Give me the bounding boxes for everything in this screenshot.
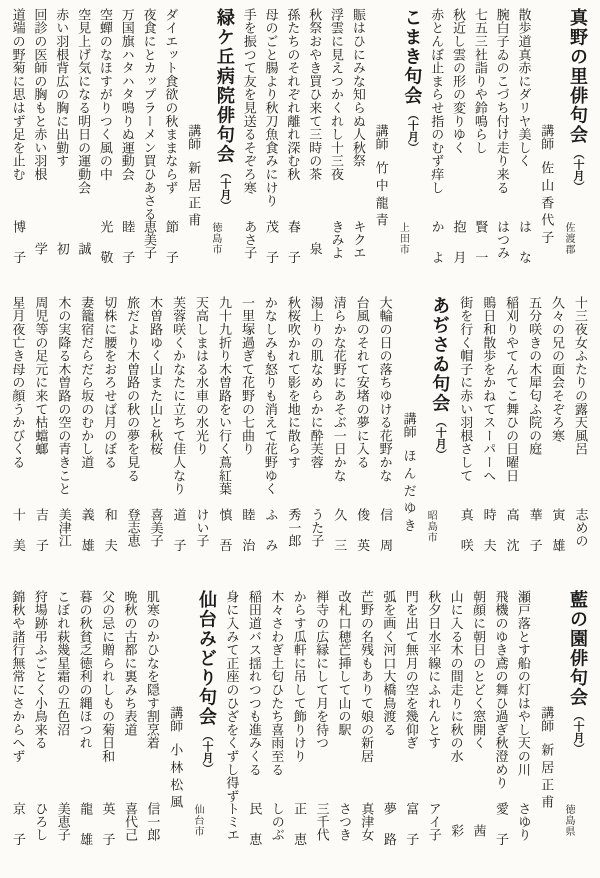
poem-column: 秋桜吹かれて影を地に散らす秀一郎 — [286, 296, 301, 574]
poem-author: 龍雄 — [78, 802, 92, 863]
poem-text: 秋祭おやき買ひ来て三時の茶 — [307, 8, 322, 282]
poem-author: 茂子 — [264, 220, 278, 281]
poem-column: 稲刈りやてんてこ舞ひの日曜日高沈 — [504, 296, 519, 574]
poem-author: 愛子 — [494, 802, 508, 863]
poem-column: 晩秋の古都に裏みち表道喜代己 — [122, 590, 137, 872]
poem-column: こぼれ萩幾星霜の五色沼美恵子 — [55, 590, 70, 872]
poem-column: 門を出て無月の空を幾仰ぎ富子 — [403, 590, 418, 872]
poem-text: 赤い羽根背広の胸に出勤す — [54, 8, 69, 282]
poem-column: 手を振つて友を見送るそぞろ寒あさ子 — [241, 8, 256, 282]
poem-column: 瀬戸落とす船の灯はやし天の川さゆり — [516, 590, 531, 872]
poem-author: ふみ — [263, 508, 277, 569]
section-header: 仙台みどり句会（十月）講師小林松風仙台市 — [167, 590, 217, 872]
poem-author: ひろし — [33, 802, 47, 841]
city-label: 昭島市 — [425, 510, 436, 543]
lecturer-name: 佐山香代子 — [539, 161, 554, 248]
poem-author: かよ — [429, 220, 443, 281]
poem-column: 錦秋や諸行無常にさからへず京子 — [10, 590, 25, 872]
poem-column: 九十九折り木曽路をい行く蔦紅葉慎吾 — [217, 296, 232, 574]
poem-author: 睦治 — [240, 508, 254, 569]
lecturer-name: 新居正甫 — [186, 161, 201, 231]
poem-author: さゆり — [516, 802, 530, 841]
poem-text: 回診の医師の胸もと赤い羽根 — [32, 8, 47, 282]
poem-author: 夢路 — [382, 802, 396, 863]
lecturer-label: 講師 — [186, 124, 201, 150]
poem-column: 空見上げ気になる明日の運動会誠 — [76, 8, 91, 282]
poem-column: 稲田道バス揺れつつも進みくる民恵 — [247, 590, 262, 872]
poem-column: 久々の兄の面会そぞろ寒寅雄 — [550, 296, 565, 574]
page: 真野の里俳句会（十月）講師佐山香代子佐渡郡 散歩道真赤にダリヤ美しくはな 腕白子… — [0, 0, 600, 878]
poem-column: 狩場跡弔ふごとく小鳥来るひろし — [32, 590, 47, 872]
poem-author: 賢一 — [473, 220, 487, 281]
poem-author: うた子 — [309, 508, 323, 547]
poem-text: 空見上げ気になる明日の運動会 — [76, 8, 91, 282]
poem-column: 秋近し雲の形の変りゆく抱月 — [451, 8, 466, 282]
poem-column: 夜食にとカップラーメン買ひあさる恵美子 — [141, 8, 156, 282]
poem-column: 肌寒のかひなを隠す割烹着信一郎 — [145, 590, 160, 872]
poem-author: 富子 — [404, 802, 418, 863]
poem-column: 散歩道真赤にダリヤ美しくはな — [516, 8, 531, 282]
city-label: 佐渡郡 — [563, 222, 574, 255]
poem-author: 睦子 — [120, 220, 134, 281]
poem-author: 博子 — [11, 220, 25, 281]
band-bottom: 藍の園俳句会（十月）講師新居正甫徳島県 瀬戸落とす船の灯はやし天の川さゆり 飛機… — [10, 590, 588, 872]
section-date: （十月） — [434, 416, 446, 460]
poem-column: 赤い羽根背広の胸に出勤す初 — [54, 8, 69, 282]
poem-author: 茜 — [471, 824, 485, 837]
lecturer-label: 講師 — [168, 706, 183, 732]
poem-column: 秋夕日水平線にふれんとすアイ子 — [426, 590, 441, 872]
poem-author: 抱月 — [451, 220, 465, 281]
section-date: （十月） — [406, 109, 418, 153]
poem-column: 星月夜亡き母の顔うかびくる十美 — [10, 296, 25, 574]
poem-column: 清らかな花野にあそぶ一日かな久三 — [331, 296, 346, 574]
poem-author: 真咲 — [458, 508, 472, 569]
poem-author: 美恵子 — [55, 802, 69, 841]
poem-column: 禅寺の広縁にして月を待つ三千代 — [314, 590, 329, 872]
poem-column: ダイエット食欲の秋ままならず節子 — [163, 8, 178, 282]
lecturer-name: 竹中龍青 — [374, 161, 389, 231]
poem-author: 喜代己 — [123, 802, 137, 841]
poem-column: 木の実降る木曽路の空の青きこと美津江 — [56, 296, 71, 574]
poem-column: 台風のそれて安堵の夢に入る俊英 — [354, 296, 369, 574]
poem-author: 真津女 — [359, 802, 373, 841]
section-header: 真野の里俳句会（十月）講師佐山香代子佐渡郡 — [538, 8, 588, 282]
poem-author: けい子 — [194, 508, 208, 547]
poem-author: 喜美子 — [148, 508, 162, 547]
poem-author: きみよ — [329, 220, 343, 259]
poem-author: 時夫 — [481, 508, 495, 569]
poem-author: あさ子 — [242, 220, 256, 259]
lecturer-label: 講師 — [374, 124, 389, 150]
poem-author: トミエ — [225, 802, 239, 841]
poem-column: 街を行く帽子に赤い羽根さして真咲 — [458, 296, 473, 574]
poem-column: 回診の医師の胸もと赤い羽根学 — [32, 8, 47, 282]
lecturer-label: 講師 — [402, 412, 417, 438]
lecturer: 講師新居正甫 — [186, 124, 200, 231]
poem-author: はな — [517, 220, 531, 281]
city-label: 上田市 — [397, 222, 408, 255]
poem-column: 五分咲きの木犀匂ふ院の庭華子 — [527, 296, 542, 574]
poem-author: 吉子 — [34, 508, 48, 569]
poem-author: 美津江 — [56, 508, 70, 547]
poem-author: 登志恵 — [125, 508, 139, 547]
city-label: 徳島市 — [209, 222, 220, 255]
poem-author: 秀一郎 — [286, 508, 300, 547]
poem-author: 信一郎 — [145, 802, 159, 841]
poem-author: 華子 — [527, 508, 541, 569]
poem-author: 英子 — [100, 802, 114, 863]
poem-author: 民恵 — [247, 802, 261, 863]
section-title-text: 藍の園俳句会 — [568, 590, 588, 707]
poem-column: 七五三社詣りや鈴鳴らし賢一 — [473, 8, 488, 282]
poem-author: 俊英 — [355, 508, 369, 569]
poem-author: 道子 — [171, 508, 185, 569]
lecturer: 講師竹中龍青 — [373, 124, 387, 231]
poem-author: 志めの — [573, 508, 587, 547]
poem-column: 周児等の足元に来て枯蟷螂吉子 — [33, 296, 48, 574]
poem-author: 和夫 — [102, 508, 116, 569]
poem-column: 飛機のゆき鳶の舞ひ過ぎ秋澄めり愛子 — [493, 590, 508, 872]
poem-column: 天高しまはる水車の水光りけい子 — [194, 296, 209, 574]
lecturer-label: 講師 — [539, 706, 554, 732]
poem-column: 朝顔に朝日のとどく窓開く茜 — [471, 590, 486, 872]
poem-author: 信周 — [378, 508, 392, 569]
poem-column: 身に入みて正座のひざをくずし得ずトミエ — [224, 590, 239, 872]
poem-author: 義雄 — [79, 508, 93, 569]
poem-column: からす瓜軒に吊して飾りけり正恵 — [291, 590, 306, 872]
band-top: 真野の里俳句会（十月）講師佐山香代子佐渡郡 散歩道真赤にダリヤ美しくはな 腕白子… — [10, 8, 588, 282]
poem-column: 一里塚過ぎて花野の七曲り睦治 — [240, 296, 255, 574]
poem-author: アイ子 — [426, 802, 440, 841]
poem-author: しのぶ — [269, 802, 283, 841]
poem-author: 十美 — [11, 508, 25, 569]
poem-column: 旅だより木曽路の秋の夢を見る登志恵 — [125, 296, 140, 574]
poem-column: 妻籠宿だらだら坂のむかし道義雄 — [79, 296, 94, 574]
poem-column: 父の忌に贈られしもの菊日和英子 — [100, 590, 115, 872]
poem-column: 秋祭おやき買ひ来て三時の茶泉 — [307, 8, 322, 282]
poem-column: 孫たちのそれぞれ離れ深む秋春子 — [285, 8, 300, 282]
poem-author: 節子 — [164, 220, 178, 281]
band-middle: 十三夜女ふたりの露天風呂志めの 久々の兄の面会そぞろ寒寅雄 五分咲きの木犀匂ふ院… — [10, 296, 588, 574]
poem-column: 腕白子ゐのこづち付け走り来るはつみ — [494, 8, 509, 282]
poem-column: 暮の秋貧乏徳利の縄ほつれ龍雄 — [77, 590, 92, 872]
city-label: 仙台市 — [192, 804, 203, 837]
poem-author: 寅雄 — [550, 508, 564, 569]
poem-column: 赤とんぼ止まらせ指のむず痒しかよ — [429, 8, 444, 282]
lecturer-label: 講師 — [539, 124, 554, 150]
section-date: （十月） — [572, 710, 584, 754]
poem-column: 道端の野菊に思はず足を止む博子 — [10, 8, 25, 282]
poem-column: 浮雲に見えつかくれし十三夜きみよ — [329, 8, 344, 282]
poem-author: キクエ — [351, 220, 365, 259]
poem-author: 恵美子 — [142, 220, 156, 259]
poem-author: 春子 — [286, 220, 300, 281]
poem-author: 久三 — [332, 508, 346, 569]
poem-column: 空蟬のなほすがりつく風の中光敬 — [98, 8, 113, 282]
poem-column: 湯上りの肌なめらかに酔芙蓉うた子 — [308, 296, 323, 574]
poem-author: 初 — [54, 242, 68, 255]
lecturer-name: 小林松風 — [168, 743, 183, 813]
section-header: こまき句会（十月）講師竹中龍青上田市 — [372, 8, 422, 282]
poem-author: さつき — [337, 802, 351, 841]
poem-column: かなしみも怒りも消えて花野ゆくふみ — [263, 296, 278, 574]
poem-column: 芒野の名残もありて娘の新居真津女 — [359, 590, 374, 872]
poem-author: はつみ — [495, 220, 509, 259]
poem-author: 正恵 — [292, 802, 306, 863]
poem-author: 京子 — [11, 802, 25, 863]
section-header: 緑ケ丘病院俳句会（十月）講師新居正甫徳島市 — [185, 8, 235, 282]
poem-column: 山に入る木の間走りに秋の水彩 — [448, 590, 463, 872]
section-title-text: あぢさゐ句会 — [430, 296, 450, 413]
lecturer: 講師佐山香代子 — [539, 124, 553, 248]
poem-column: 改札口穂芒挿して山の駅さつき — [336, 590, 351, 872]
poem-column: 切株に腰をおろせば月のぼる和夫 — [102, 296, 117, 574]
poem-author: 光敬 — [98, 220, 112, 281]
poem-column: 鵙日和散歩をかねてスーパーへ時夫 — [481, 296, 496, 574]
poem-column: 芙蓉咲くかなたに立ちて佳人なり道子 — [171, 296, 186, 574]
poem-column: 賑はひにみな知らぬ人秋祭キクエ — [351, 8, 366, 282]
poem-author: 泉 — [307, 242, 321, 255]
poem-column: 大輪の日の落ちゆける花野かな信周 — [377, 296, 392, 574]
poem-column: 木曽路ゆく山また山と秋桜喜美子 — [148, 296, 163, 574]
poem-author: 学 — [33, 242, 47, 255]
poem-author: 三千代 — [314, 802, 328, 841]
poem-author: 高沈 — [504, 508, 518, 569]
section-title-text: こまき句会 — [402, 8, 422, 106]
poem-author: 慎吾 — [217, 508, 231, 569]
section-title-text: 緑ケ丘病院俳句会 — [215, 8, 235, 164]
lecturer: 講師新居正甫 — [539, 706, 553, 813]
section-date: （十月） — [201, 730, 213, 774]
section-date: （十月） — [219, 167, 231, 211]
poem-column: 母のごと腸より秋刀魚食みにけり茂子 — [263, 8, 278, 282]
poem-column: 十三夜女ふたりの露天風呂志めの — [573, 296, 588, 574]
poem-author: 彩 — [449, 824, 463, 837]
section-header: 藍の園俳句会（十月）講師新居正甫徳島県 — [538, 590, 588, 872]
lecturer-name: 新居正甫 — [539, 743, 554, 813]
section-header: あぢさゐ句会（十月）講師ほんだゆき昭島市 — [400, 296, 450, 574]
poem-column: 木々さわぎ土匂ひたち喜雨至るしのぶ — [269, 590, 284, 872]
city-label: 徳島県 — [563, 804, 574, 837]
section-title-text: 真野の里俳句会 — [568, 8, 588, 145]
poem-column: 万国旗ハタハタ鳴りぬ運動会睦子 — [119, 8, 134, 282]
section-date: （十月） — [572, 148, 584, 192]
lecturer: 講師ほんだゆき — [401, 412, 415, 536]
lecturer: 講師小林松風 — [168, 706, 182, 813]
poem-author: 誠 — [76, 242, 90, 255]
poem-column: 弧を画く河口大橋鳥渡る夢路 — [381, 590, 396, 872]
lecturer-name: ほんだゆき — [402, 449, 417, 536]
section-title-text: 仙台みどり句会 — [197, 590, 217, 727]
